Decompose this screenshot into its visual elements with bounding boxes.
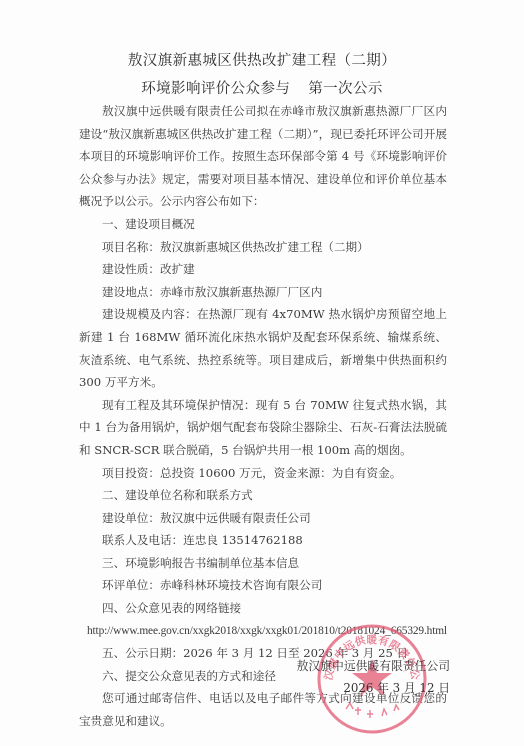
subtitle-part-b: 第一次公示 (308, 81, 383, 97)
feedback-form-link[interactable]: http://www.mee.gov.cn/xxgk2018/xxgk/xxgk… (79, 620, 447, 643)
document-subtitle: 环境影响评价公众参与第一次公示 (0, 77, 524, 98)
project-name: 项目名称：敖汉旗新惠城区供热改扩建工程（二期） (79, 236, 447, 259)
section4-heading: 四、公众意见表的网络链接 (79, 597, 447, 620)
project-investment: 项目投资：总投资 10600 万元，资金来源：为自有资金。 (79, 462, 447, 485)
project-scale: 建设规模及内容：在热源厂现有 4x70MW 热水锅炉房预留空地上新建 1 台 1… (79, 303, 447, 393)
section2-heading: 二、建设单位名称和联系方式 (79, 484, 447, 507)
construction-unit: 建设单位：敖汉旗中远供暖有限责任公司 (79, 507, 447, 530)
document-title: 敖汉旗新惠城区供热改扩建工程（二期） (0, 49, 524, 70)
eia-unit: 环评单位：赤峰科林环境技术咨询有限公司 (79, 574, 447, 597)
signature-company: 敖汉旗中远供暖有限责任公司 (297, 657, 450, 674)
document-page: 敖汉旗新惠城区供热改扩建工程（二期） 环境影响评价公众参与第一次公示 敖汉旗中远… (0, 0, 524, 746)
section3-heading: 三、环境影响报告书编制单位基本信息 (79, 552, 447, 575)
existing-project: 现有工程及其环境保护情况：现有 5 台 70MW 往复式热水锅，其中 1 台为备… (79, 394, 447, 462)
intro-paragraph: 敖汉旗中远供暖有限责任公司拟在赤峰市敖汉旗新惠热源厂厂区内建设“敖汉旗新惠城区供… (79, 100, 447, 213)
project-nature: 建设性质：改扩建 (79, 258, 447, 281)
section1-heading: 一、建设项目概况 (79, 213, 447, 236)
project-location: 建设地点：赤峰市敖汉旗新惠热源厂厂区内 (79, 281, 447, 304)
signature-date: 2026 年 3 月 12 日 (343, 679, 450, 696)
document-body: 敖汉旗中远供暖有限责任公司拟在赤峰市敖汉旗新惠热源厂厂区内建设“敖汉旗新惠城区供… (79, 100, 447, 733)
subtitle-part-a: 环境影响评价公众参与 (141, 81, 290, 97)
contact-info: 联系人及电话：连忠良 13514762188 (79, 529, 447, 552)
